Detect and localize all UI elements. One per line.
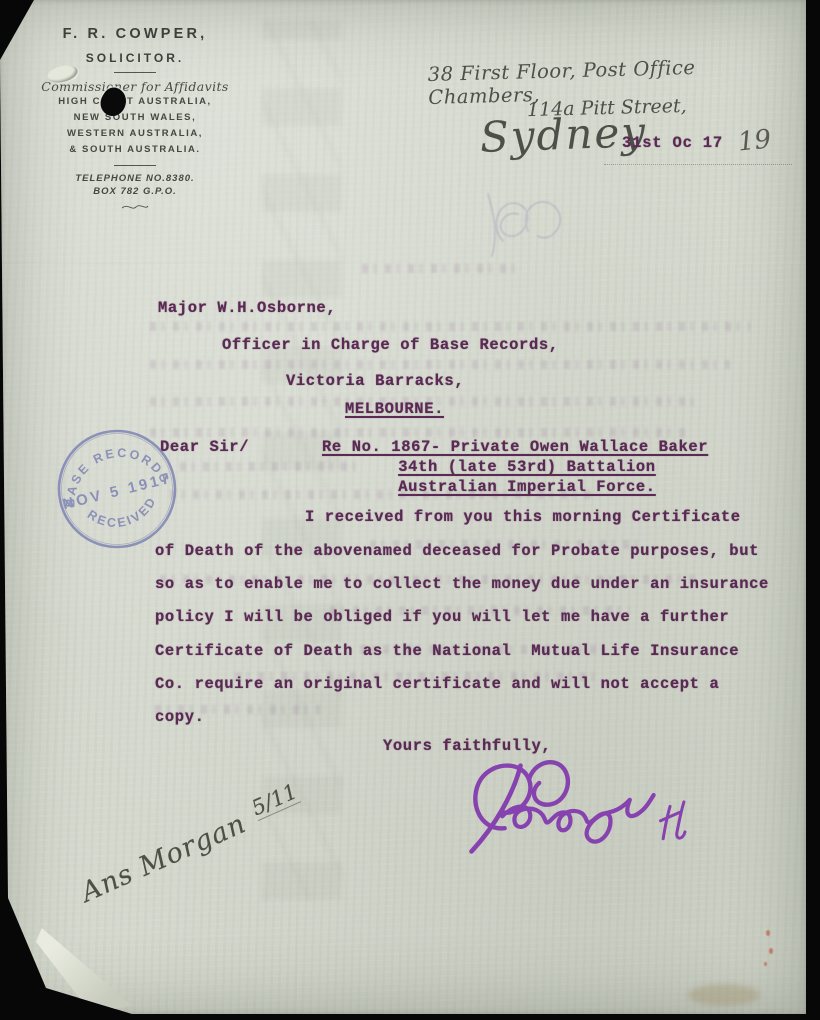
pencil-date: 5/11 — [248, 779, 301, 821]
subject-line: Australian Imperial Force. — [398, 478, 655, 496]
paper-crease — [0, 262, 806, 264]
recipient-line: Victoria Barracks, — [286, 372, 464, 390]
scanned-letter-photo: { "letterhead": { "name": "F. R. COWPER,… — [0, 0, 820, 1020]
body-line: of Death of the abovenamed deceased for … — [155, 542, 759, 560]
letterhead-flourish — [120, 202, 150, 212]
ghost-text-line — [150, 322, 750, 331]
body-line: Co. require an original certificate and … — [155, 675, 719, 693]
letterhead-jurisdiction: NEW SOUTH WALES, — [26, 110, 244, 126]
letterhead-divider — [114, 72, 156, 73]
letterhead: F. R. COWPER, SOLICITOR. Commissioner fo… — [26, 26, 244, 217]
letterhead-telephone: TELEPHONE NO.8380. — [26, 172, 244, 185]
folded-corner — [36, 928, 132, 1014]
paper-crease — [296, 0, 298, 1014]
red-ink-speck — [764, 962, 767, 966]
printed-year: 19 — [737, 124, 773, 157]
body-line: so as to enable me to collect the money … — [155, 575, 769, 593]
letter-paper: F. R. COWPER, SOLICITOR. Commissioner fo… — [0, 0, 806, 1014]
pencil-note: Ans Morgan — [77, 808, 251, 908]
ghost-text-line — [150, 428, 690, 437]
body-line: policy I will be obliged if you will let… — [155, 608, 729, 626]
ghost-ink-scribble — [448, 186, 588, 276]
body-line: copy. — [155, 708, 205, 726]
letterhead-divider — [114, 165, 156, 166]
stain-smudge — [688, 984, 760, 1006]
subject-line: Re No. 1867- Private Owen Wallace Baker — [322, 438, 732, 456]
body-line: Certificate of Death as the National Mut… — [155, 642, 739, 660]
letterhead-jurisdiction: & SOUTH AUSTRALIA. — [26, 142, 244, 158]
ghost-text-line — [150, 360, 730, 369]
red-ink-speck — [769, 948, 773, 954]
letterhead-title: SOLICITOR. — [26, 51, 244, 65]
closing: Yours faithfully, — [383, 737, 551, 755]
letterhead-name: F. R. COWPER, — [26, 26, 244, 42]
typed-date: 31st Oc 17 — [622, 134, 723, 152]
subject-line: 34th (late 53rd) Battalion — [398, 458, 655, 476]
body-line: I received from you this morning Certifi… — [305, 508, 741, 526]
letterhead-pobox: BOX 782 G.P.O. — [26, 185, 244, 198]
letterhead-jurisdiction: WESTERN AUSTRALIA, — [26, 126, 244, 142]
date-rule — [604, 164, 792, 165]
recipient-line: Major W.H.Osborne, — [158, 299, 336, 317]
letterhead-jurisdiction: HIGH COURT AUSTRALIA, — [26, 94, 244, 110]
recipient-city: MELBOURNE. — [345, 400, 444, 418]
recipient-line: Officer in Charge of Base Records, — [222, 336, 559, 354]
red-ink-speck — [766, 930, 770, 936]
signature — [416, 747, 720, 867]
